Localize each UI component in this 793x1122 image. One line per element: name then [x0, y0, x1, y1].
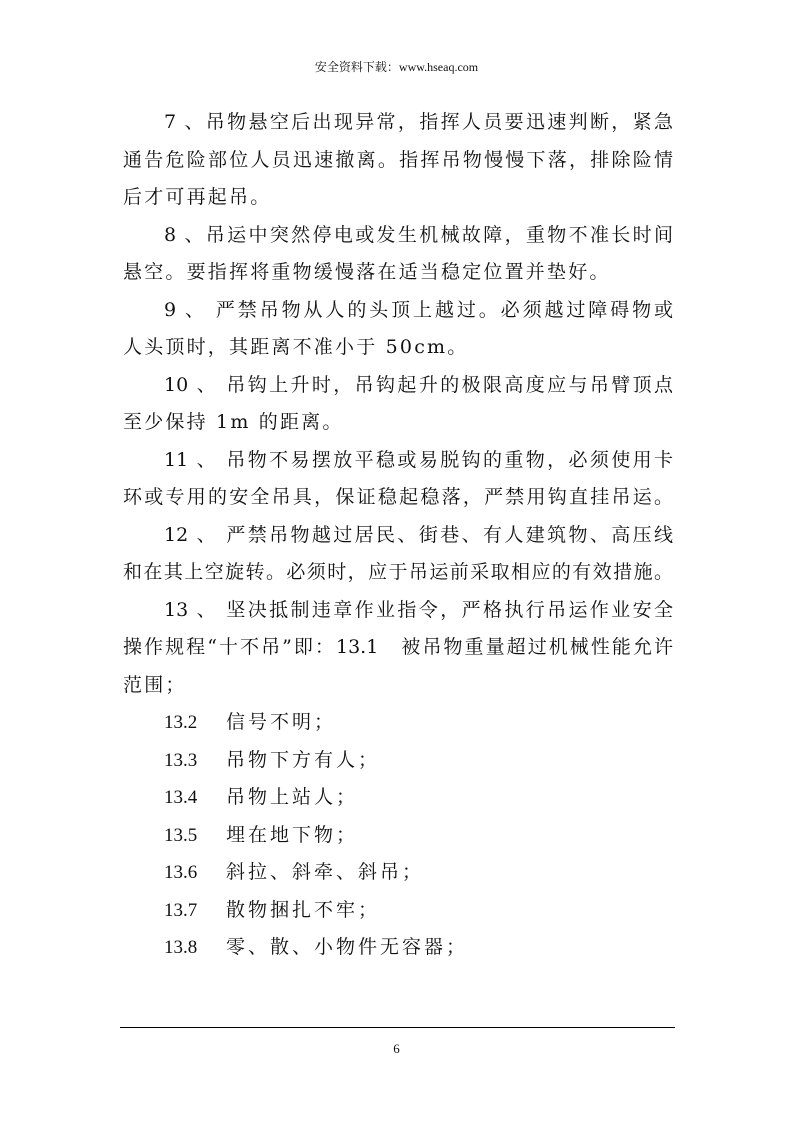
paragraph-9-line-1: 9 、 严禁吊物从人的头顶上越过。必须越过障碍物或: [123, 292, 673, 330]
paragraph-12-line-1: 12 、 严禁吊物越过居民、街巷、有人建筑物、高压线: [123, 517, 673, 555]
paragraph-12-line-2: 和在其上空旋转。必须时，应于吊运前采取相应的有效措施。: [123, 554, 673, 592]
sub-item-text: 斜拉、斜牵、斜吊；: [226, 861, 424, 883]
paragraph-8-line-2: 悬空。要指挥将重物缓慢落在适当稳定位置并垫好。: [123, 254, 673, 292]
paragraph-11-line-1: 11 、 吊物不易摆放平稳或易脱钩的重物，必须使用卡: [123, 442, 673, 480]
sub-item-13-3: 13.3吊物下方有人；: [123, 742, 673, 780]
sub-item-text: 散物捆扎不牢；: [226, 899, 380, 921]
paragraph-7-line-1: 7 、吊物悬空后出现异常，指挥人员要迅速判断，紧急: [123, 104, 673, 142]
sub-item-number: 13.3: [164, 742, 226, 780]
sub-item-13-5: 13.5埋在地下物；: [123, 817, 673, 855]
sub-item-13-7: 13.7散物捆扎不牢；: [123, 892, 673, 930]
sub-item-text: 埋在地下物；: [226, 824, 358, 846]
sub-item-13-8: 13.8零、散、小物件无容器；: [123, 929, 673, 967]
sub-item-number: 13.6: [164, 854, 226, 892]
page-header: 安全资料下载：www.hseaq.com: [0, 58, 793, 75]
paragraph-13-line-3: 范围；: [123, 667, 673, 705]
sub-item-number: 13.2: [164, 704, 226, 742]
paragraph-7-line-2: 通告危险部位人员迅速撤离。指挥吊物慢慢下落，排除险情: [123, 142, 673, 180]
sub-item-number: 13.7: [164, 892, 226, 930]
paragraph-8-line-1: 8 、吊运中突然停电或发生机械故障，重物不准长时间: [123, 217, 673, 255]
paragraph-11-line-2: 环或专用的安全吊具，保证稳起稳落，严禁用钩直挂吊运。: [123, 479, 673, 517]
page-number: 6: [0, 1041, 793, 1057]
sub-item-number: 13.8: [164, 929, 226, 967]
sub-item-text: 信号不明；: [226, 711, 336, 733]
paragraph-7-line-3: 后才可再起吊。: [123, 179, 673, 217]
document-body: 7 、吊物悬空后出现异常，指挥人员要迅速判断，紧急 通告危险部位人员迅速撤离。指…: [123, 104, 673, 967]
sub-item-number: 13.4: [164, 779, 226, 817]
paragraph-13-line-1: 13 、 坚决抵制违章作业指令，严格执行吊运作业安全: [123, 592, 673, 630]
sub-item-text: 零、散、小物件无容器；: [226, 936, 468, 958]
sub-item-text: 吊物上站人；: [226, 786, 358, 808]
paragraph-9-line-2: 人头顶时，其距离不准小于 50cm。: [123, 329, 673, 367]
header-label: 安全资料下载：: [315, 60, 399, 74]
sub-item-13-6: 13.6斜拉、斜牵、斜吊；: [123, 854, 673, 892]
sub-item-text: 吊物下方有人；: [226, 749, 380, 771]
header-url: www.hseaq.com: [399, 60, 478, 74]
paragraph-13-line-2: 操作规程“十不吊”即：13.1 被吊物重量超过机械性能允许: [123, 629, 673, 667]
sub-item-13-2: 13.2信号不明；: [123, 704, 673, 742]
paragraph-10-line-2: 至少保持 1m 的距离。: [123, 404, 673, 442]
paragraph-10-line-1: 10 、 吊钩上升时，吊钩起升的极限高度应与吊臂顶点: [123, 367, 673, 405]
footer-divider: [120, 1027, 675, 1028]
sub-item-13-4: 13.4吊物上站人；: [123, 779, 673, 817]
sub-item-number: 13.5: [164, 817, 226, 855]
